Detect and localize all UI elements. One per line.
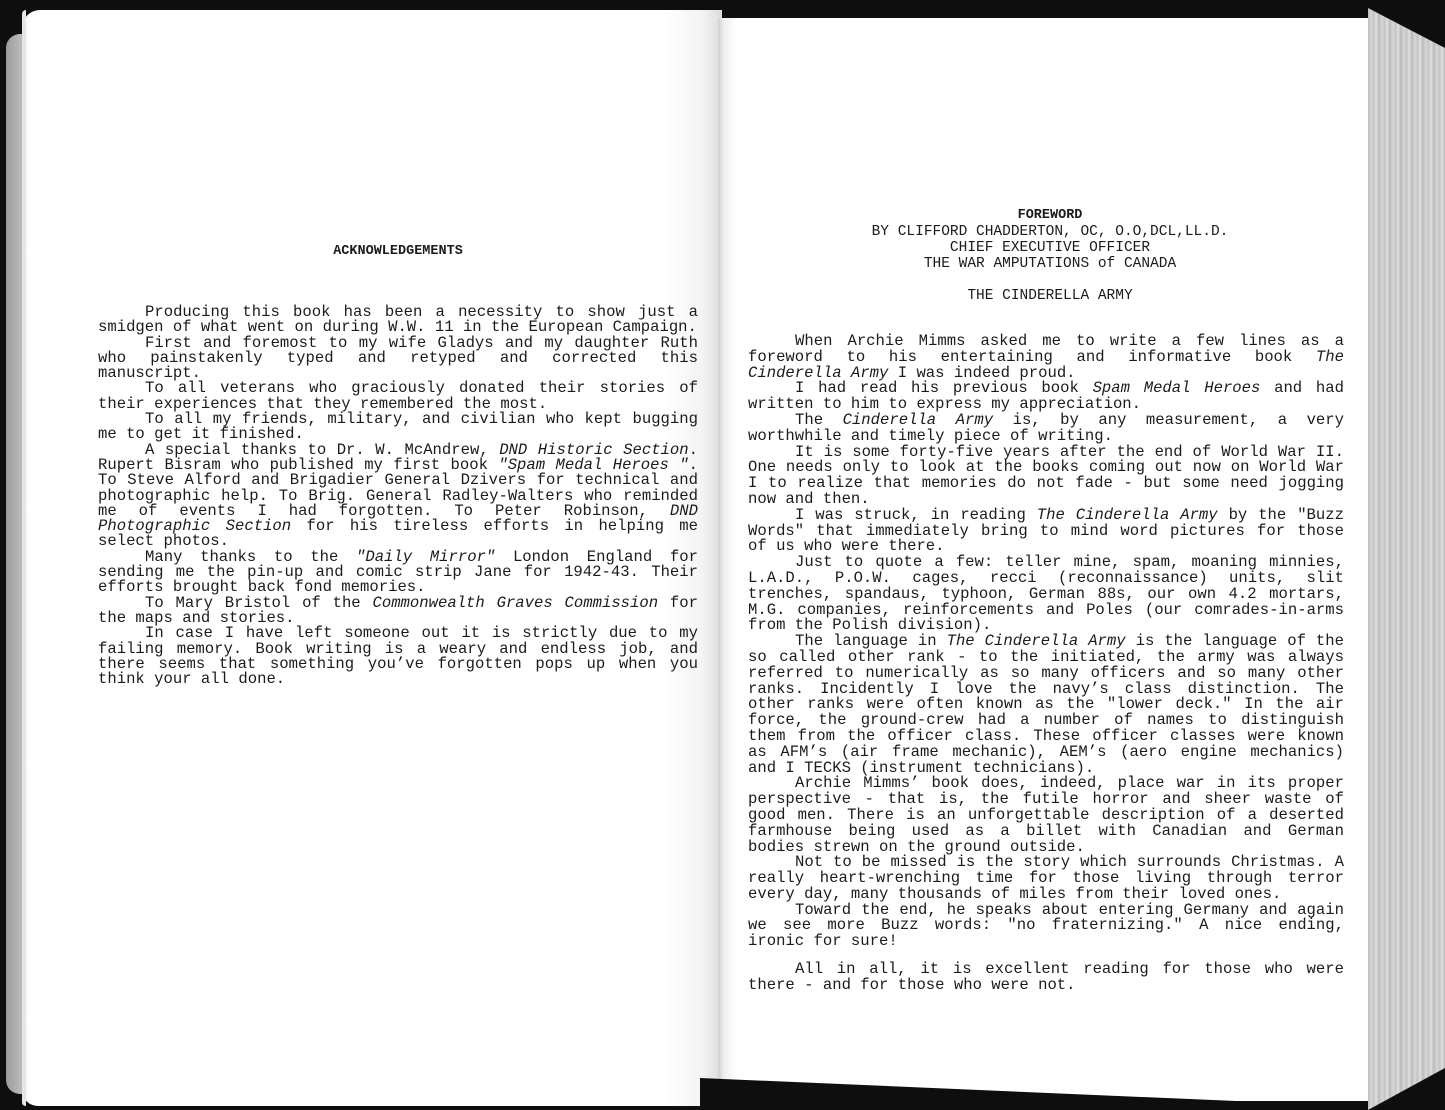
foreword-paragraph: All in all, it is excellent reading for … — [748, 962, 1344, 994]
right-page-stack — [1368, 8, 1445, 1110]
acknowledgements-paragraph: First and foremost to my wife Gladys and… — [98, 336, 698, 382]
foreword-paragraph: Not to be missed is the story which surr… — [748, 855, 1344, 902]
foreword-paragraph: Just to quote a few: teller mine, spam, … — [748, 555, 1344, 634]
acknowledgements-paragraph: Producing this book has been a necessity… — [98, 305, 698, 336]
foreword-header: FOREWORD BY CLIFFORD CHADDERTON, OC, O.O… — [840, 208, 1260, 304]
open-book-scan: ACKNOWLEDGEMENTS Producing this book has… — [0, 0, 1445, 1110]
acknowledgements-body: Producing this book has been a necessity… — [98, 305, 698, 687]
foreword-role: CHIEF EXECUTIVE OFFICER — [840, 240, 1260, 256]
foreword-body: When Archie Mimms asked me to write a fe… — [748, 334, 1344, 994]
foreword-paragraph: The Cinderella Army is, by any measureme… — [748, 413, 1344, 445]
acknowledgements-paragraph: A special thanks to Dr. W. McAndrew, DND… — [98, 443, 698, 550]
acknowledgements-paragraph: In case I have left someone out it is st… — [98, 626, 698, 687]
acknowledgements-paragraph: To Mary Bristol of the Commonwealth Grav… — [98, 596, 698, 627]
foreword-paragraph: Toward the end, he speaks about entering… — [748, 903, 1344, 950]
acknowledgements-paragraph: To all veterans who graciously donated t… — [98, 381, 698, 412]
foreword-paragraph: Archie Mimms’ book does, indeed, place w… — [748, 776, 1344, 855]
foreword-paragraph: When Archie Mimms asked me to write a fe… — [748, 334, 1344, 381]
foreword-paragraph: I had read his previous book Spam Medal … — [748, 381, 1344, 413]
foreword-subtitle: THE CINDERELLA ARMY — [840, 288, 1260, 304]
foreword-paragraph: It is some forty-five years after the en… — [748, 445, 1344, 508]
foreword-paragraph: The language in The Cinderella Army is t… — [748, 634, 1344, 776]
foreword-byline: BY CLIFFORD CHADDERTON, OC, O.O,DCL,LL.D… — [840, 224, 1260, 240]
acknowledgements-paragraph: To all my friends, military, and civilia… — [98, 412, 698, 443]
foreword-paragraph: I was struck, in reading The Cinderella … — [748, 508, 1344, 555]
acknowledgements-paragraph: Many thanks to the "Daily Mirror" London… — [98, 550, 698, 596]
foreword-organization: THE WAR AMPUTATIONS of CANADA — [840, 256, 1260, 272]
acknowledgements-title: ACKNOWLEDGEMENTS — [98, 244, 698, 259]
foreword-heading: FOREWORD — [840, 208, 1260, 224]
